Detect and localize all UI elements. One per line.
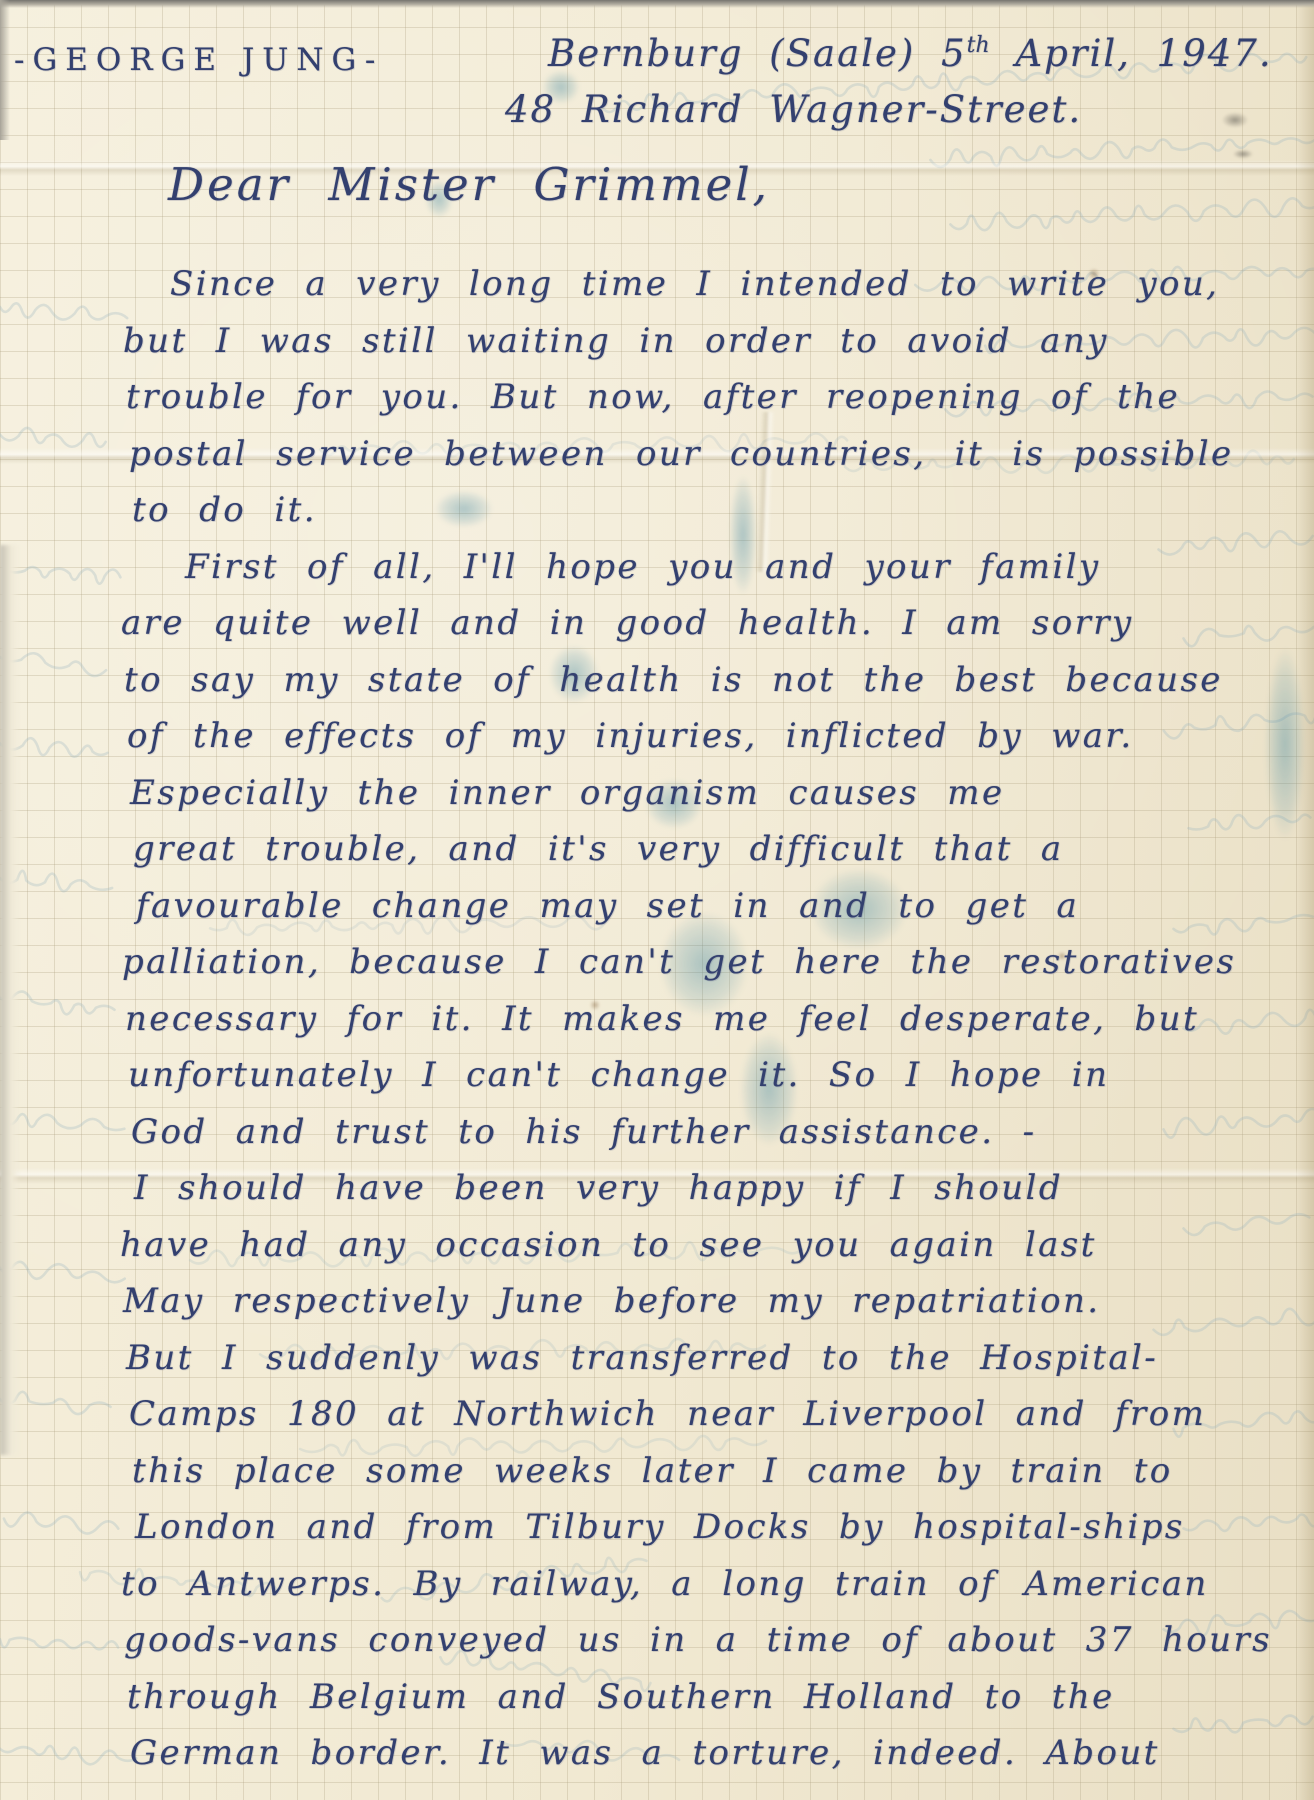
letter-line: this place some weeks later I came by tr… [132,1443,1314,1500]
letter-line: Especially the inner organism causes me [130,765,1314,822]
letter-line: First of all, I'll hope you and your fam… [135,539,1314,596]
letter-line: I should have been very happy if I shoul… [134,1160,1314,1217]
scanner-edge [0,0,10,140]
letter-line: But I suddenly was transferred to the Ho… [126,1330,1312,1387]
letter-line: are quite well and in good health. I am … [121,595,1307,652]
letter-line: through Belgium and Southern Holland to … [127,1669,1313,1726]
letter-line: to do it. [132,482,1314,539]
address-line: 48 Richard Wagner-Street. [505,88,1082,131]
paper-edge-shadow [1296,0,1314,1800]
letter-line: German border. It was a torture, indeed.… [130,1725,1314,1782]
letter-line: great trouble, and it's very difficult t… [133,821,1314,878]
place-date-prefix: Bernburg (Saale) 5 [548,32,967,75]
letter-line: postal service between our countries, it… [129,426,1314,483]
letter-line: but I was still waiting in order to avoi… [123,313,1309,370]
letter-line: London and from Tilbury Docks by hospita… [135,1499,1314,1556]
letter-line: trouble for you. But now, after reopenin… [126,369,1312,426]
letter-line: God and trust to his further assistance.… [131,1104,1314,1161]
scanner-edge [0,0,1314,8]
letter-line: unfortunately I can't change it. So I ho… [128,1047,1314,1104]
letter-line: necessary for it. It makes me feel despe… [125,991,1311,1048]
letter-line: to Antwerps. By railway, a long train of… [121,1556,1307,1613]
letter-line: palliation, because I can't get here the… [122,934,1308,991]
letter-line: of the effects of my injuries, inflicted… [127,708,1313,765]
smudge-mark [1230,148,1256,160]
smudge-mark [1218,110,1252,130]
ordinal-superscript: th [967,33,990,58]
letter-line: Camps 180 at Northwich near Liverpool an… [129,1386,1314,1443]
sender-name: -GEORGE JUNG- [14,42,383,78]
letter-line: goods-vans conveyed us in a time of abou… [124,1612,1310,1669]
paper-edge-curl [0,545,20,1455]
letter-body: Since a very long time I intended to wri… [0,256,1314,1782]
place-date-line: Bernburg (Saale) 5th April, 1947. [548,32,1273,75]
letter-line: have had any occasion to see you again l… [120,1217,1306,1274]
salutation: Dear Mister Grimmel, [168,158,770,211]
letter-line: May respectively June before my repatria… [123,1273,1309,1330]
letter-line: Since a very long time I intended to wri… [120,256,1306,313]
letter-line: favourable change may set in and to get … [136,878,1314,935]
letter-line: to say my state of health is not the bes… [124,652,1310,709]
bleedthrough-writing [949,186,1310,239]
place-date-suffix: April, 1947. [990,32,1273,75]
letter-page: -GEORGE JUNG- Bernburg (Saale) 5th April… [0,0,1314,1800]
